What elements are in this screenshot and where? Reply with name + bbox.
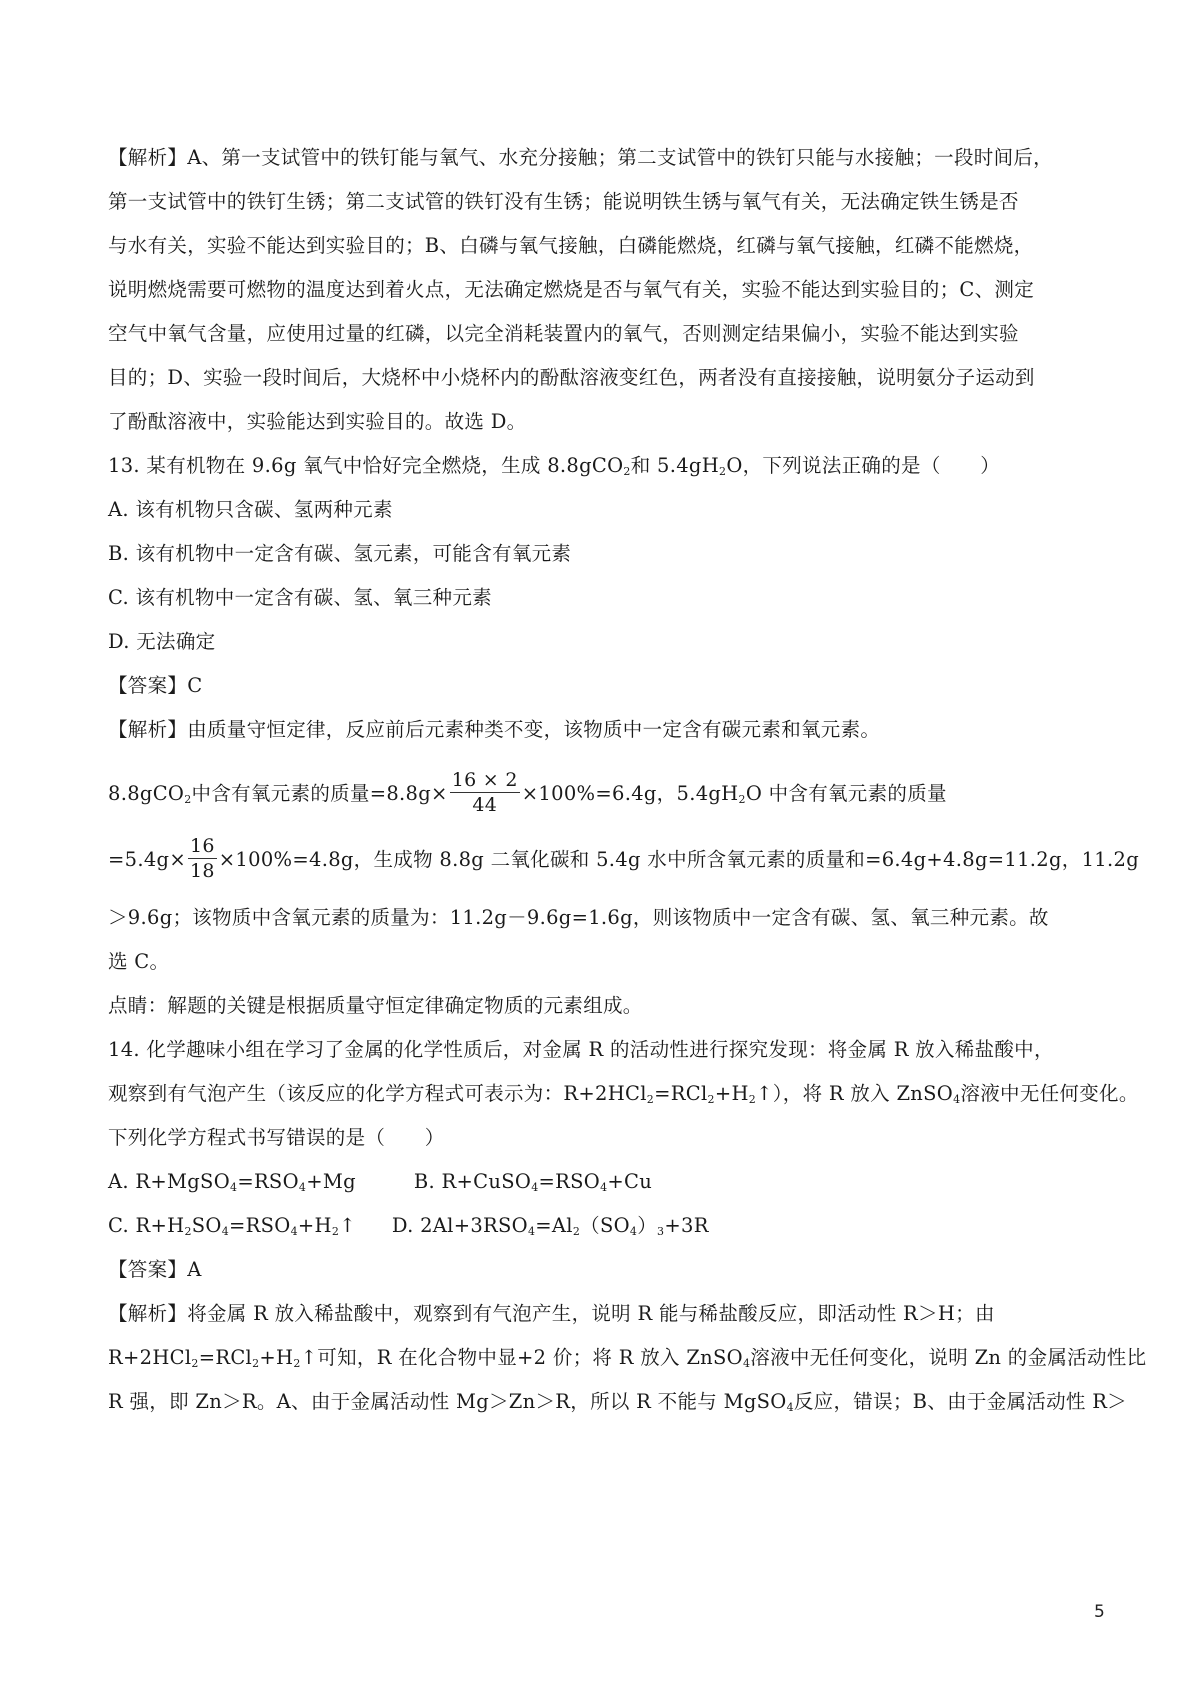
q14-analysis-line-1: 【解析】将金属 R 放入稀盐酸中，观察到有气泡产生，说明 R 能与稀盐酸反应，即… — [108, 1302, 1108, 1326]
subscript: 2 — [191, 1357, 198, 1370]
stem-text: 观察到有气泡产生（该反应的化学方程式可表示为：R+2HCl — [108, 1082, 647, 1105]
q13-tip: 点睛：解题的关键是根据质量守恒定律确定物质的元素组成。 — [108, 994, 1108, 1018]
analysis-text: +H — [259, 1346, 293, 1369]
subscript: 2 — [293, 1357, 300, 1370]
q13-stem-part: 13. 某有机物在 9.6g 氧气中恰好完全燃烧，生成 8.8gCO — [108, 454, 623, 477]
q12-analysis-line: 【解析】A、第一支试管中的铁钉能与氧气、水充分接触；第二支试管中的铁钉只能与水接… — [108, 146, 1108, 170]
fraction: 16 × 244 — [450, 768, 520, 817]
q14-stem-line-3: 下列化学方程式书写错误的是（ ） — [108, 1126, 1108, 1150]
subscript: 2 — [184, 793, 191, 806]
analysis-text: =RCl — [199, 1346, 252, 1369]
document-page: 【解析】A、第一支试管中的铁钉能与氧气、水充分接触；第二支试管中的铁钉只能与水接… — [0, 0, 1200, 1698]
subscript: 2 — [184, 1225, 191, 1238]
q13-option-d: D. 无法确定 — [108, 630, 1108, 654]
q12-analysis-line: 与水有关，实验不能达到实验目的；B、白磷与氧气接触，白磷能燃烧，红磷与氧气接触，… — [108, 234, 1108, 258]
q14-options-cd: C. R+H2SO4=RSO4+H2↑D. 2Al+3RSO4=Al2（SO4）… — [108, 1214, 1108, 1238]
analysis-text: 反应，错误；B、由于金属活动性 R＞ — [794, 1390, 1127, 1413]
q14-answer: 【答案】A — [108, 1258, 1108, 1282]
option-text: =RSO — [237, 1170, 299, 1193]
calc-text: =5.4g× — [108, 848, 186, 871]
q14-option-a: A. R+MgSO4=RSO4+Mg — [108, 1170, 356, 1193]
stem-text: 溶液中无任何变化。 — [960, 1082, 1138, 1105]
q14-analysis-line-3: R 强，即 Zn＞R。A、由于金属活动性 Mg＞Zn＞R，所以 R 不能与 Mg… — [108, 1390, 1108, 1414]
q13-option-b: B. 该有机物中一定含有碳、氢元素，可能含有氧元素 — [108, 542, 1108, 566]
fraction-numerator: 16 — [188, 834, 217, 859]
subscript: 2 — [739, 793, 746, 806]
q14-stem-line-1: 14. 化学趣味小组在学习了金属的化学性质后，对金属 R 的活动性进行探究发现：… — [108, 1038, 1108, 1062]
option-text: +H — [298, 1214, 332, 1237]
subscript: 4 — [531, 1181, 538, 1194]
analysis-text: ↑可知，R 在化合物中显+2 价；将 R 放入 ZnSO — [301, 1346, 743, 1369]
analysis-text: 溶液中无任何变化，说明 Zn 的金属活动性比 — [750, 1346, 1146, 1369]
option-text: B. R+CuSO — [414, 1170, 531, 1193]
stem-text: =RCl — [654, 1082, 707, 1105]
q14-stem-line-2: 观察到有气泡产生（该反应的化学方程式可表示为：R+2HCl2=RCl2+H2↑）… — [108, 1082, 1108, 1106]
fraction-denominator: 18 — [188, 859, 217, 883]
option-text: =RSO — [229, 1214, 291, 1237]
q13-calc-line-3: ＞9.6g；该物质中含氧元素的质量为：11.2g－9.6g=1.6g，则该物质中… — [108, 906, 1108, 930]
q13-calc-line-2: =5.4g×1618×100%=4.8g，生成物 8.8g 二氧化碳和 5.4g… — [108, 836, 1108, 885]
subscript: 2 — [623, 465, 630, 478]
option-text: SO — [192, 1214, 222, 1237]
subscript: 2 — [749, 1093, 756, 1106]
subscript: 2 — [647, 1093, 654, 1106]
subscript: 4 — [222, 1225, 229, 1238]
q14-option-d: D. 2Al+3RSO4=Al2（SO4）3+3R — [392, 1214, 709, 1237]
q13-stem-part: 和 5.4gH — [631, 454, 719, 477]
calc-text: O 中含有氧元素的质量 — [746, 782, 947, 805]
option-text: （SO — [580, 1214, 630, 1237]
q13-calc-line-1: 8.8gCO2中含有氧元素的质量=8.8g×16 × 244×100%=6.4g… — [108, 770, 1108, 819]
option-text: =Al — [535, 1214, 573, 1237]
fraction: 1618 — [188, 834, 217, 883]
q13-calc-line-4: 选 C。 — [108, 950, 1108, 974]
option-text: =RSO — [539, 1170, 601, 1193]
q12-analysis-line: 了酚酞溶液中，实验能达到实验目的。故选 D。 — [108, 410, 1108, 434]
q12-analysis-line: 第一支试管中的铁钉生锈；第二支试管的铁钉没有生锈；能说明铁生锈与氧气有关，无法确… — [108, 190, 1108, 214]
fraction-denominator: 44 — [450, 793, 520, 817]
calc-text: ×100%=4.8g，生成物 8.8g 二氧化碳和 5.4g 水中所含氧元素的质… — [219, 848, 1139, 871]
q13-option-a: A. 该有机物只含碳、氢两种元素 — [108, 498, 1108, 522]
fraction-numerator: 16 × 2 — [450, 768, 520, 793]
calc-text: 中含有氧元素的质量=8.8g× — [192, 782, 448, 805]
subscript: 4 — [291, 1225, 298, 1238]
q14-options-ab: A. R+MgSO4=RSO4+MgB. R+CuSO4=RSO4+Cu — [108, 1170, 1108, 1194]
calc-text: ×100%=6.4g，5.4gH — [522, 782, 739, 805]
option-text: ↑ — [339, 1214, 356, 1237]
option-text: C. R+H — [108, 1214, 184, 1237]
q12-analysis-line: 说明燃烧需要可燃物的温度达到着火点，无法确定燃烧是否与氧气有关，实验不能达到实验… — [108, 278, 1108, 302]
analysis-text: R 强，即 Zn＞R。A、由于金属活动性 Mg＞Zn＞R，所以 R 不能与 Mg… — [108, 1390, 787, 1413]
q14-option-c: C. R+H2SO4=RSO4+H2↑ — [108, 1214, 356, 1237]
option-text: +3R — [664, 1214, 708, 1237]
q13-analysis: 【解析】由质量守恒定律，反应前后元素种类不变，该物质中一定含有碳元素和氧元素。 — [108, 718, 1108, 742]
calc-text: 8.8gCO — [108, 782, 184, 805]
option-text: A. R+MgSO — [108, 1170, 230, 1193]
stem-text: ↑），将 R 放入 ZnSO — [756, 1082, 953, 1105]
q12-analysis-line: 目的；D、实验一段时间后，大烧杯中小烧杯内的酚酞溶液变红色，两者没有直接接触，说… — [108, 366, 1108, 390]
page-number: 5 — [1094, 1602, 1105, 1622]
option-text: D. 2Al+3RSO — [392, 1214, 528, 1237]
analysis-text: R+2HCl — [108, 1346, 191, 1369]
q13-stem: 13. 某有机物在 9.6g 氧气中恰好完全燃烧，生成 8.8gCO2和 5.4… — [108, 454, 1108, 478]
q12-analysis-line: 空气中氧气含量，应使用过量的红磷，以完全消耗装置内的氧气，否则测定结果偏小，实验… — [108, 322, 1108, 346]
option-text: +Mg — [306, 1170, 356, 1193]
q14-analysis-line-2: R+2HCl2=RCl2+H2↑可知，R 在化合物中显+2 价；将 R 放入 Z… — [108, 1346, 1108, 1370]
stem-text: +H — [715, 1082, 749, 1105]
subscript: 4 — [787, 1401, 794, 1414]
option-text: ） — [637, 1214, 657, 1237]
q13-stem-part: O，下列说法正确的是（ ） — [726, 454, 1000, 477]
q13-answer: 【答案】C — [108, 674, 1108, 698]
subscript: 2 — [708, 1093, 715, 1106]
option-text: +Cu — [607, 1170, 652, 1193]
q13-option-c: C. 该有机物中一定含有碳、氢、氧三种元素 — [108, 586, 1108, 610]
q14-option-b: B. R+CuSO4=RSO4+Cu — [414, 1170, 652, 1193]
